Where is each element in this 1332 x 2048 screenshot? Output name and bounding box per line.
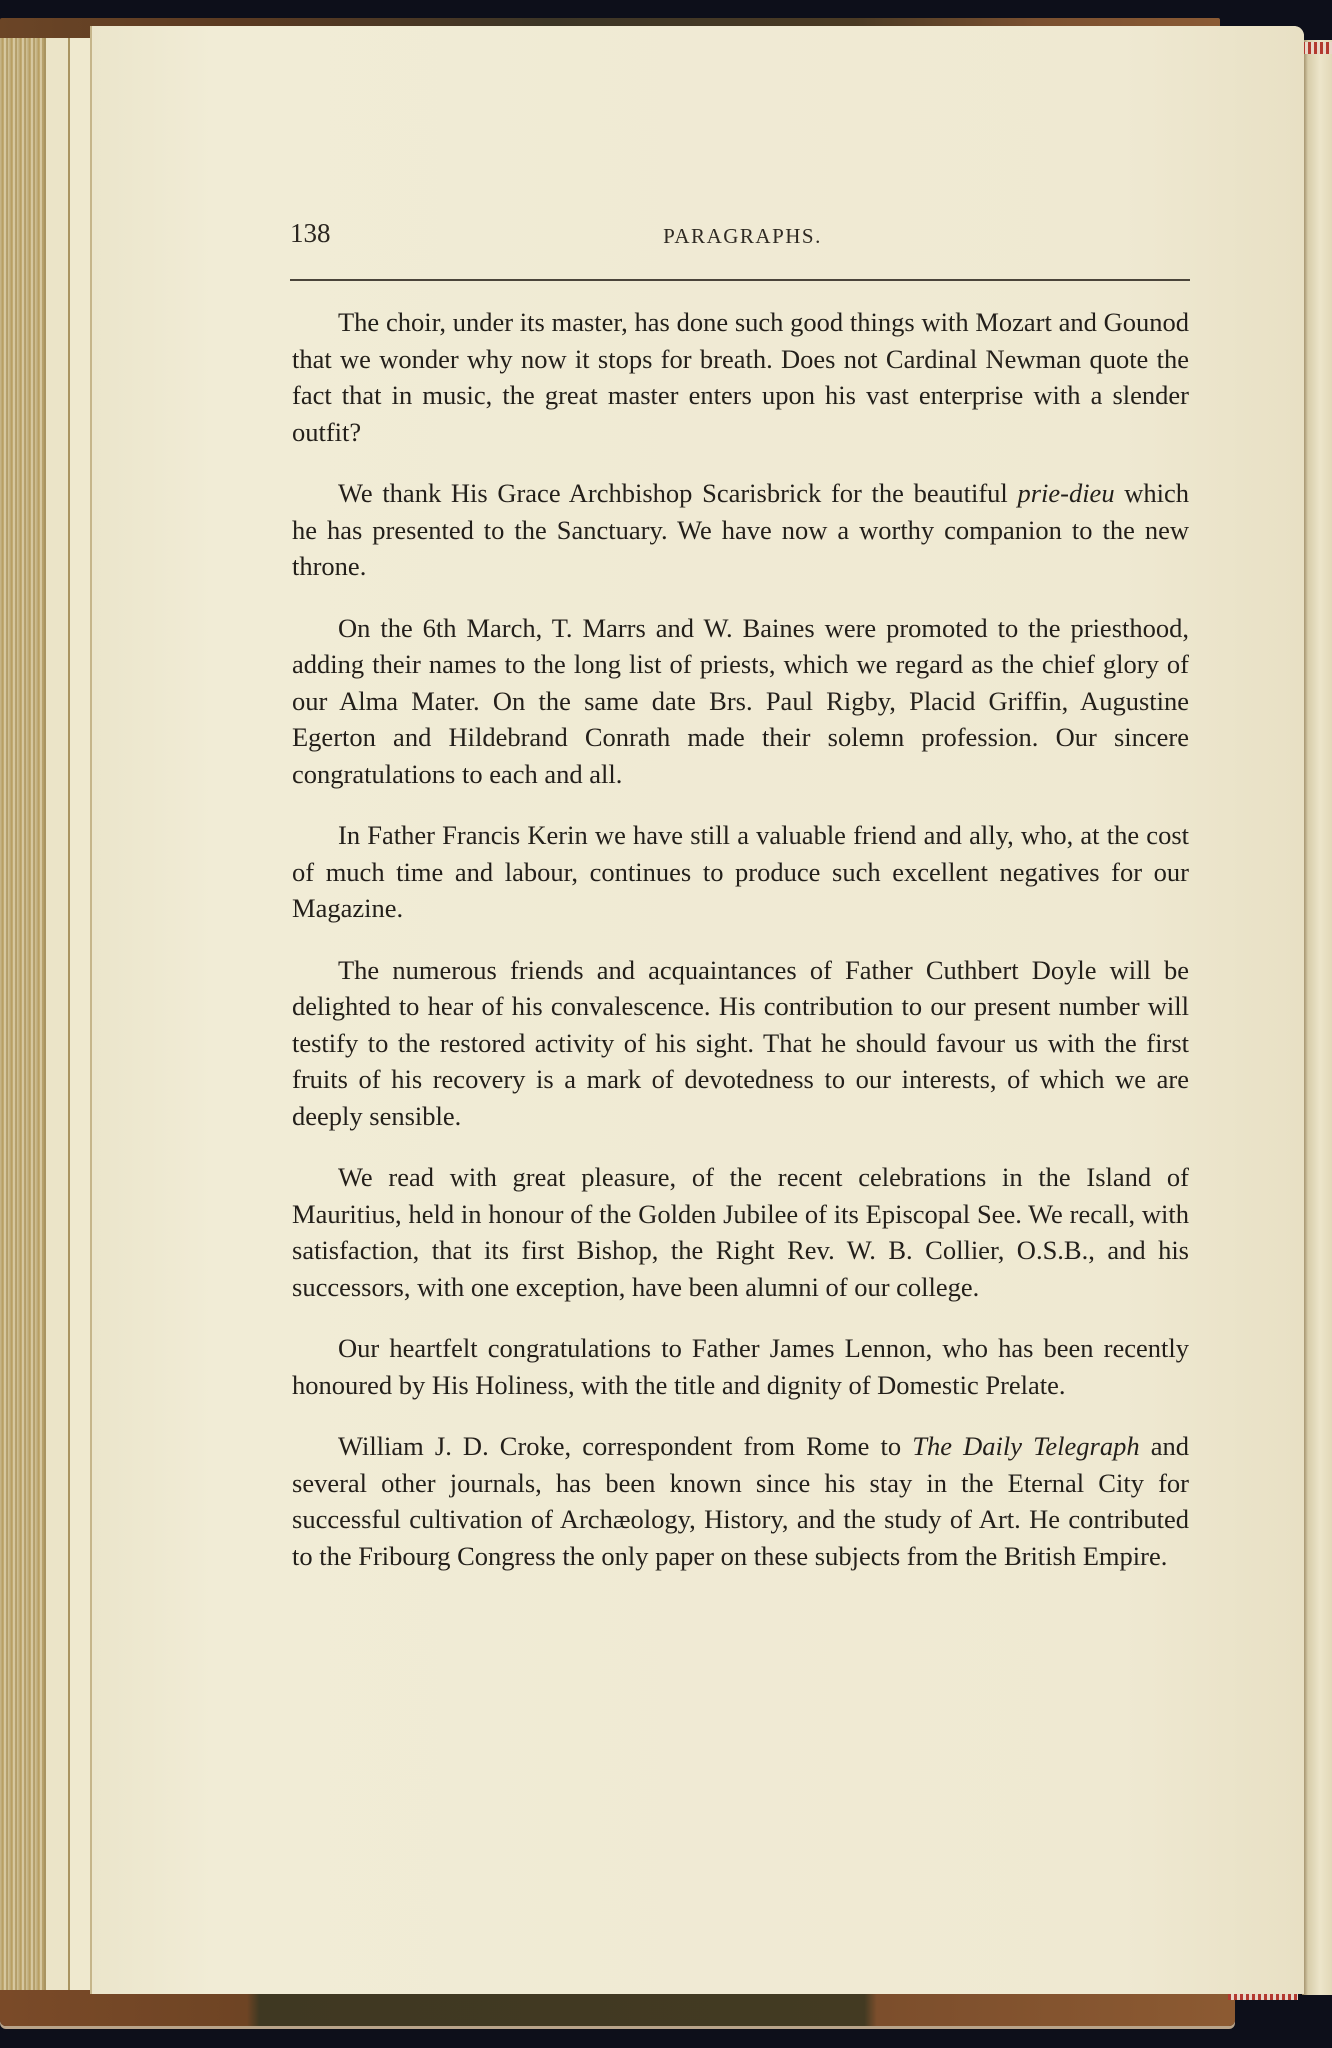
paragraph-mauritius: We read with great pleasure, of the rece…: [292, 1159, 1189, 1305]
page-leaf: [70, 38, 92, 1998]
paragraph-ordinations: On the 6th March, T. Marrs and W. Baines…: [292, 610, 1189, 793]
header-rule: [290, 279, 1190, 281]
paragraph-doyle: The numerous friends and acquaintances o…: [292, 952, 1189, 1135]
book-gutter: [1302, 40, 1332, 1995]
page-edge-stack: [0, 38, 92, 1998]
page-leaf: [44, 38, 70, 1998]
paragraph-kerin: In Father Francis Kerin we have still a …: [292, 817, 1189, 927]
body-text: The choir, under its master, has done su…: [292, 304, 1189, 1599]
paragraph-prie-dieu: We thank His Grace Archbishop Scarisbric…: [292, 475, 1189, 585]
italic-term: prie-dieu: [1017, 478, 1114, 508]
italic-title: The Daily Telegraph: [912, 1431, 1139, 1461]
paragraph-choir: The choir, under its master, has done su…: [292, 304, 1189, 450]
running-head: 138 PARAGRAPHS.: [290, 218, 1195, 258]
paragraph-lennon: Our heartfelt congratulations to Father …: [292, 1330, 1189, 1403]
paragraph-croke: William J. D. Croke, correspondent from …: [292, 1428, 1189, 1574]
running-head-title: PARAGRAPHS.: [290, 224, 1195, 249]
book-binding-bottom: [0, 1990, 1235, 2026]
